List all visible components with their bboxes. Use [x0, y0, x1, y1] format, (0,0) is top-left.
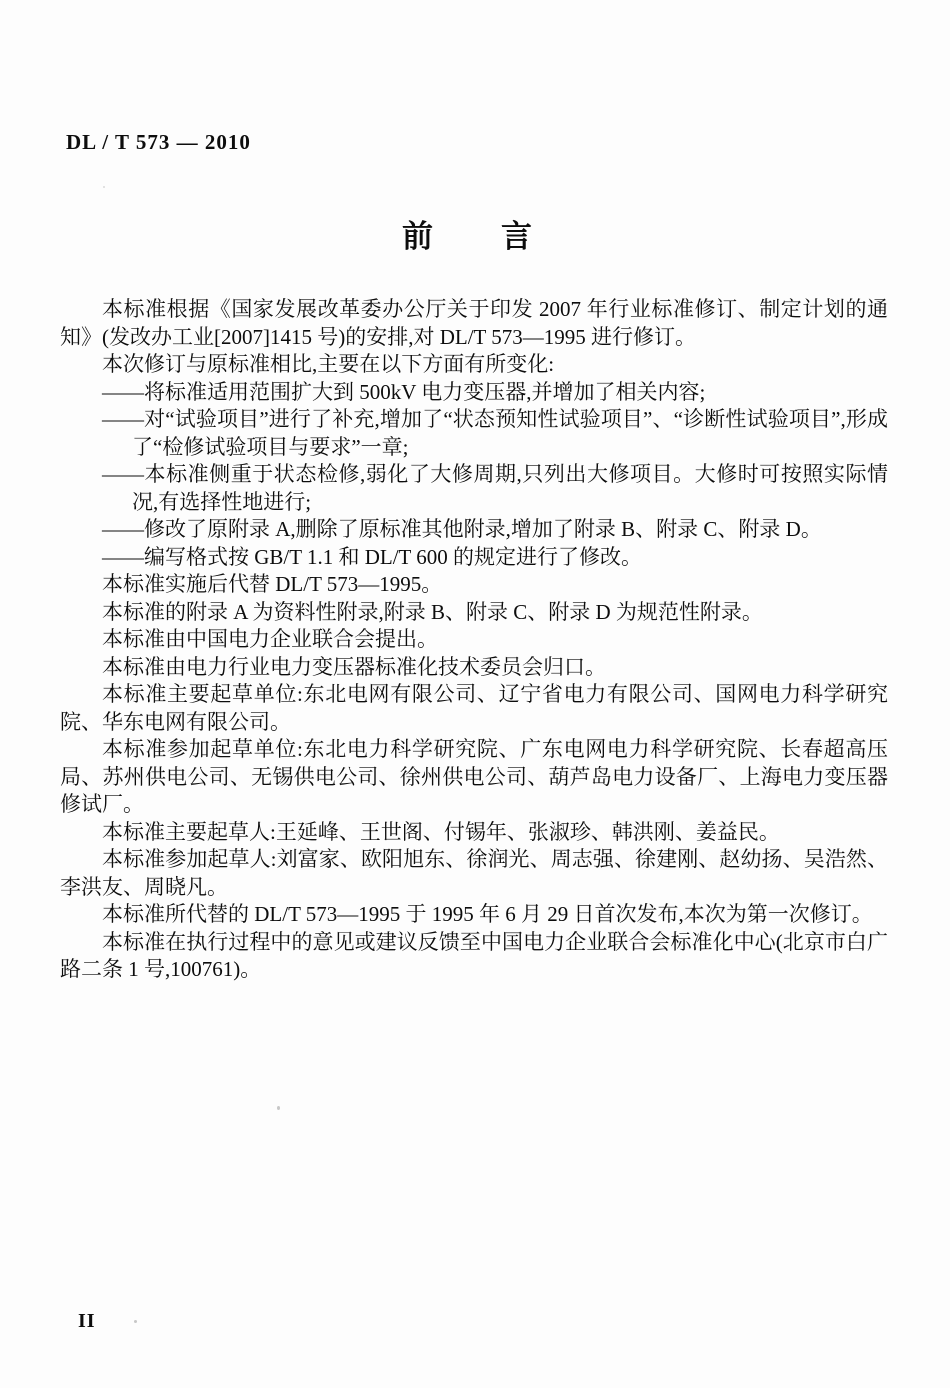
- scan-speck: [277, 1106, 280, 1110]
- paragraph: 本标准由电力行业电力变压器标准化技术委员会归口。: [60, 654, 888, 682]
- foreword-body: 本标准根据《国家发展改革委办公厅关于印发 2007 年行业标准修订、制定计划的通…: [60, 296, 888, 984]
- change-list-item: ——修改了原附录 A,删除了原标准其他附录,增加了附录 B、附录 C、附录 D。: [60, 516, 888, 544]
- foreword-title: 前 言: [54, 211, 882, 256]
- paragraph: 本标准的附录 A 为资料性附录,附录 B、附录 C、附录 D 为规范性附录。: [60, 599, 888, 627]
- paragraph: 本标准实施后代替 DL/T 573—1995。: [60, 571, 888, 599]
- change-list-item: ——将标准适用范围扩大到 500kV 电力变压器,并增加了相关内容;: [60, 379, 888, 407]
- paragraph: 本标准参加起草单位:东北电力科学研究院、广东电网电力科学研究院、长春超高压局、苏…: [60, 736, 888, 819]
- change-list-item: ——对“试验项目”进行了补充,增加了“状态预知性试验项目”、“诊断性试验项目”,…: [60, 406, 888, 461]
- paragraph: 本标准根据《国家发展改革委办公厅关于印发 2007 年行业标准修订、制定计划的通…: [60, 296, 888, 351]
- scanned-standard-page: DL / T 573 — 2010 前 言 本标准根据《国家发展改革委办公厅关于…: [0, 0, 950, 1388]
- paragraph: 本标准由中国电力企业联合会提出。: [60, 626, 888, 654]
- scan-speck: [134, 1320, 137, 1323]
- paragraph: 本标准主要起草单位:东北电网有限公司、辽宁省电力有限公司、国网电力科学研究院、华…: [60, 681, 888, 736]
- scan-speck: [103, 186, 105, 188]
- paragraph: 本标准所代替的 DL/T 573—1995 于 1995 年 6 月 29 日首…: [60, 901, 888, 929]
- standard-number-header: DL / T 573 — 2010: [66, 130, 251, 155]
- change-list-item: ——本标准侧重于状态检修,弱化了大修周期,只列出大修项目。大修时可按照实际情况,…: [60, 461, 888, 516]
- page-number: II: [78, 1310, 96, 1333]
- paragraph: 本标准参加起草人:刘富家、欧阳旭东、徐润光、周志强、徐建刚、赵幼扬、吴浩然、李洪…: [60, 846, 888, 901]
- paragraph: 本标准在执行过程中的意见或建议反馈至中国电力企业联合会标准化中心(北京市白广路二…: [60, 929, 888, 984]
- paragraph: 本标准主要起草人:王延峰、王世阁、付锡年、张淑珍、韩洪刚、姜益民。: [60, 819, 888, 847]
- paragraph: 本次修订与原标准相比,主要在以下方面有所变化:: [60, 351, 888, 379]
- change-list-item: ——编写格式按 GB/T 1.1 和 DL/T 600 的规定进行了修改。: [60, 544, 888, 572]
